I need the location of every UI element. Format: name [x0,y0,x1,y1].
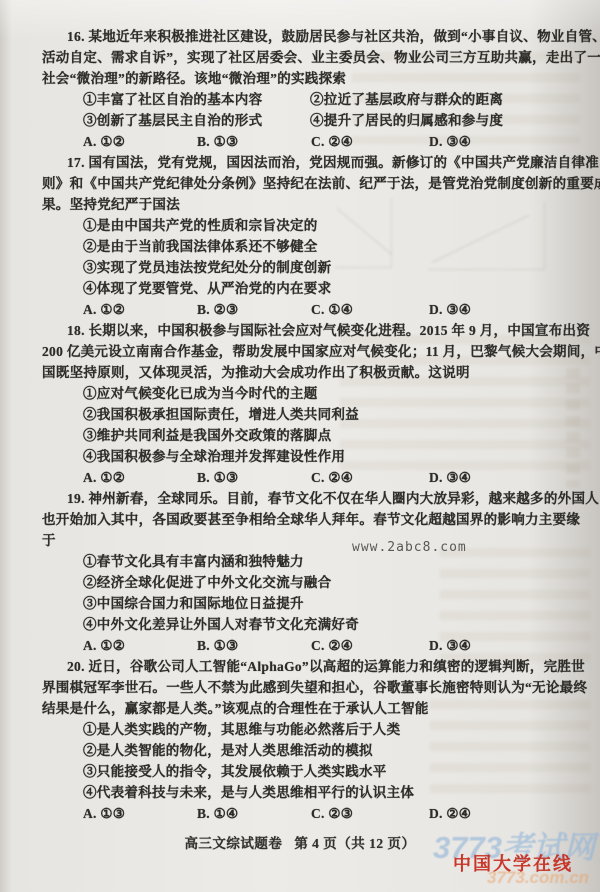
question-stem-line: 20. 近日，谷歌公司人工智能“AlphaGo”以高超的运算能力和缜密的逻辑判断… [42,656,560,677]
option-4: ④体现了党要管党、从严治党的内在要求 [83,278,560,299]
option-3: ③维护共同利益是我国外交政策的落脚点 [83,425,560,446]
question-stem-line: 200 亿美元设立南南合作基金，帮助发展中国家应对气候变化；11 月，巴黎气候大… [42,341,560,362]
option-1: ①春节文化具有丰富内涵和独特魅力 [83,551,560,572]
question-stem-line: 17. 国有国法，党有党规，国因法而治，党因规而强。新修订的《中国共产党廉洁自律… [42,152,560,173]
footer-doc-title: 高三文综试题卷 [184,836,282,851]
scanned-exam-page: 16. 某地近年来积极推进社区建设，鼓励居民参与社区共治，做到“小事自议、物业自… [0,0,600,892]
question-stem-line: 18. 长期以来，中国积极参与国际社会应对气候变化进程。2015 年 9 月，中… [42,320,560,341]
question-stem-line: 果。坚持党纪严于国法 [42,194,560,215]
choice-b: B. ①③ [197,635,311,656]
question-stem-line: 也开始加入其中，各国政要甚至争相给全球华人拜年。春节文化超越国界的影响力主要缘 [42,509,560,530]
option-group: ①春节文化具有丰富内涵和独特魅力 ②经济全球化促进了中外文化交流与融合 ③中国综… [42,551,560,635]
choice-a: A. ①② [83,299,197,320]
choice-b: B. ①③ [197,131,311,152]
choice-d: D. ③④ [429,467,560,488]
question-stem-line: 结果是什么，赢家都是人类。”该观点的合理性在于承认人工智能 [42,698,560,719]
watermark-site-url: 3773.com.cn [487,868,589,888]
choice-a: A. ①③ [83,803,197,824]
option-4: ④我国积极参与全球治理并发挥建设性作用 [83,446,560,467]
watermark-url: www.2abc8.com [352,539,467,557]
choice-a: A. ①② [83,635,197,656]
option-group: ①是人类实践的产物，其思维与功能必然落后于人类 ②是人类智能的物化，是对人类思维… [42,719,560,803]
question-stem-line: 于 [42,530,560,551]
option-3: ③中国综合国力和国际地位日益提升 [83,593,560,614]
option-4: ④提升了居民的归属感和参与度 [310,110,560,131]
option-1: ①丰富了社区自治的基本内容 [83,89,310,110]
choice-row: A. ①② B. ①③ C. ②④ D. ③④ [42,467,560,488]
option-group: ①丰富了社区自治的基本内容 ②拉近了基层政府与群众的距离 ③创新了基层民主自治的… [42,89,560,131]
choice-row: A. ①② B. ①③ C. ②④ D. ③④ [42,131,560,152]
choice-a: A. ①② [83,467,197,488]
question-19: 19. 神州新春，全球同乐。目前，春节文化不仅在华人圈内大放异彩，越来越多的外国… [42,488,560,656]
choice-b: B. ②③ [197,299,311,320]
choice-c: C. ②④ [311,635,429,656]
bleedthrough-column [566,368,580,488]
option-1: ①是由中国共产党的性质和宗旨决定的 [83,215,560,236]
choice-c: C. ②④ [311,467,429,488]
question-stem-line: 活动自定、需求自诉”，实现了社区居委会、业主委员会、物业公司三方互助共赢，走出了… [42,47,560,68]
question-stem-line: 则》和《中国共产党纪律处分条例》坚持纪在法前、纪严于法，是管党治党制度创新的重要… [42,173,560,194]
question-stem-line: 19. 神州新春，全球同乐。目前，春节文化不仅在华人圈内大放异彩，越来越多的外国… [42,488,560,509]
question-stem-line: 社会“微治理”的新路径。该地“微治理”的实践探索 [42,68,560,89]
option-group: ①应对气候变化已成为当今时代的主题 ②我国积极承担国际责任，增进人类共同利益 ③… [42,383,560,467]
choice-d: D. ③④ [429,635,560,656]
option-1: ①应对气候变化已成为当今时代的主题 [83,383,560,404]
exam-body: 16. 某地近年来积极推进社区建设，鼓励居民参与社区共治，做到“小事自议、物业自… [42,26,560,824]
option-3: ③只能接受人的指令，其发展依赖于人类实践水平 [83,761,560,782]
option-4: ④代表着科技与未来，是与人类思维相平行的认识主体 [83,782,560,803]
option-2: ②我国积极承担国际责任，增进人类共同利益 [83,404,560,425]
choice-a: A. ①② [83,131,197,152]
corner-watermark: 3773考试网 中国大学在线 3773.com.cn [425,820,600,892]
question-stem-line: 界围棋冠军李世石。一些人不禁为此感到失望和担心，谷歌董事长施密特则认为“无论最终 [42,677,560,698]
option-4: ④中外文化差异让外国人对春节文化充满好奇 [83,614,560,635]
choice-c: C. ②③ [311,803,429,824]
choice-d: D. ③④ [429,131,560,152]
question-18: 18. 长期以来，中国积极参与国际社会应对气候变化进程。2015 年 9 月，中… [42,320,560,488]
choice-c: C. ①④ [311,299,429,320]
question-stem-line: 16. 某地近年来积极推进社区建设，鼓励居民参与社区共治，做到“小事自议、物业自… [42,26,560,47]
choice-row: A. ①② B. ①③ C. ②④ D. ③④ [42,635,560,656]
option-3: ③创新了基层民主自治的形式 [83,110,310,131]
option-2: ②是人类智能的物化，是对人类思维活动的模拟 [83,740,560,761]
question-stem-line: 国既坚持原则，又体现灵活，为推动大会成功作出了积极贡献。这说明 [42,362,560,383]
option-2: ②拉近了基层政府与群众的距离 [310,89,560,110]
option-2: ②是由于当前我国法律体系还不够健全 [83,236,560,257]
choice-row: A. ①② B. ②③ C. ①④ D. ③④ [42,299,560,320]
footer-page-number: 第 4 页（共 12 页） [294,836,415,851]
question-16: 16. 某地近年来积极推进社区建设，鼓励居民参与社区共治，做到“小事自议、物业自… [42,26,560,152]
option-2: ②经济全球化促进了中外文化交流与融合 [83,572,560,593]
choice-d: D. ③④ [429,299,560,320]
choice-c: C. ②④ [311,131,429,152]
option-group: ①是由中国共产党的性质和宗旨决定的 ②是由于当前我国法律体系还不够健全 ③实现了… [42,215,560,299]
choice-b: B. ①③ [197,467,311,488]
option-1: ①是人类实践的产物，其思维与功能必然落后于人类 [83,719,560,740]
question-20: 20. 近日，谷歌公司人工智能“AlphaGo”以高超的运算能力和缜密的逻辑判断… [42,656,560,824]
option-3: ③实现了党员违法按党纪处分的制度创新 [83,257,560,278]
question-17: 17. 国有国法，党有党规，国因法而治，党因规而强。新修订的《中国共产党廉洁自律… [42,152,560,320]
choice-b: B. ①④ [197,803,311,824]
